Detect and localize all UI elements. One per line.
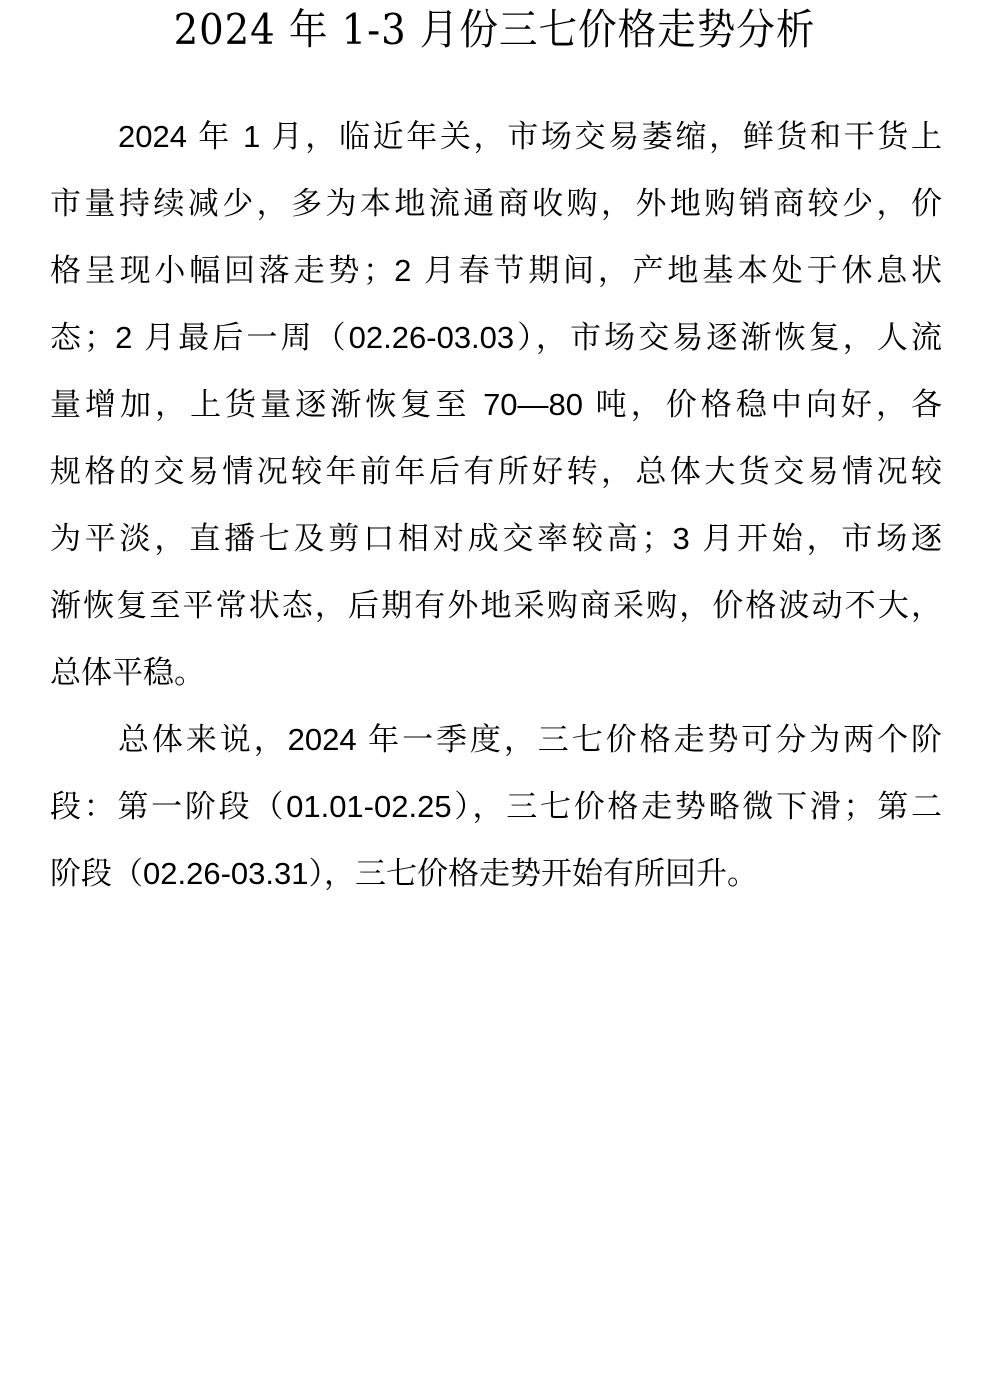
text-line: 规格的交易情况较年前年后有所好转，总体大货交易情况较 (50, 438, 942, 505)
text-line: 为平淡，直播七及剪口相对成交率较高；3 月开始，市场逐 (50, 505, 942, 572)
page-title: 2024 年 1-3 月份三七价格走势分析 (40, 2, 950, 58)
text-line: 2024 年 1 月，临近年关，市场交易萎缩，鲜货和干货上 (50, 103, 942, 170)
text-line: 段：第一阶段（01.01-02.25），三七价格走势略微下滑；第二 (50, 773, 942, 840)
text-line: 市量持续减少，多为本地流通商收购，外地购销商较少，价 (50, 170, 942, 237)
text-line: 格呈现小幅回落走势；2 月春节期间，产地基本处于休息状 (50, 237, 942, 304)
text-line: 阶段（02.26-03.31），三七价格走势开始有所回升。 (50, 840, 942, 907)
text-line: 渐恢复至平常状态，后期有外地采购商采购，价格波动不大， (50, 572, 942, 639)
text-line: 总体平稳。 (50, 639, 942, 706)
text-line: 总体来说，2024 年一季度，三七价格走势可分为两个阶 (50, 706, 942, 773)
paragraph-market-summary: 2024 年 1 月，临近年关，市场交易萎缩，鲜货和干货上 市量持续减少，多为本… (50, 103, 942, 706)
text-line: 态；2 月最后一周（02.26-03.03），市场交易逐渐恢复，人流 (50, 304, 942, 371)
text-line: 量增加，上货量逐渐恢复至 70—80 吨，价格稳中向好，各 (50, 371, 942, 438)
paragraph-conclusion: 总体来说，2024 年一季度，三七价格走势可分为两个阶 段：第一阶段（01.01… (50, 706, 942, 907)
document-body: 2024 年 1 月，临近年关，市场交易萎缩，鲜货和干货上 市量持续减少，多为本… (50, 103, 942, 907)
